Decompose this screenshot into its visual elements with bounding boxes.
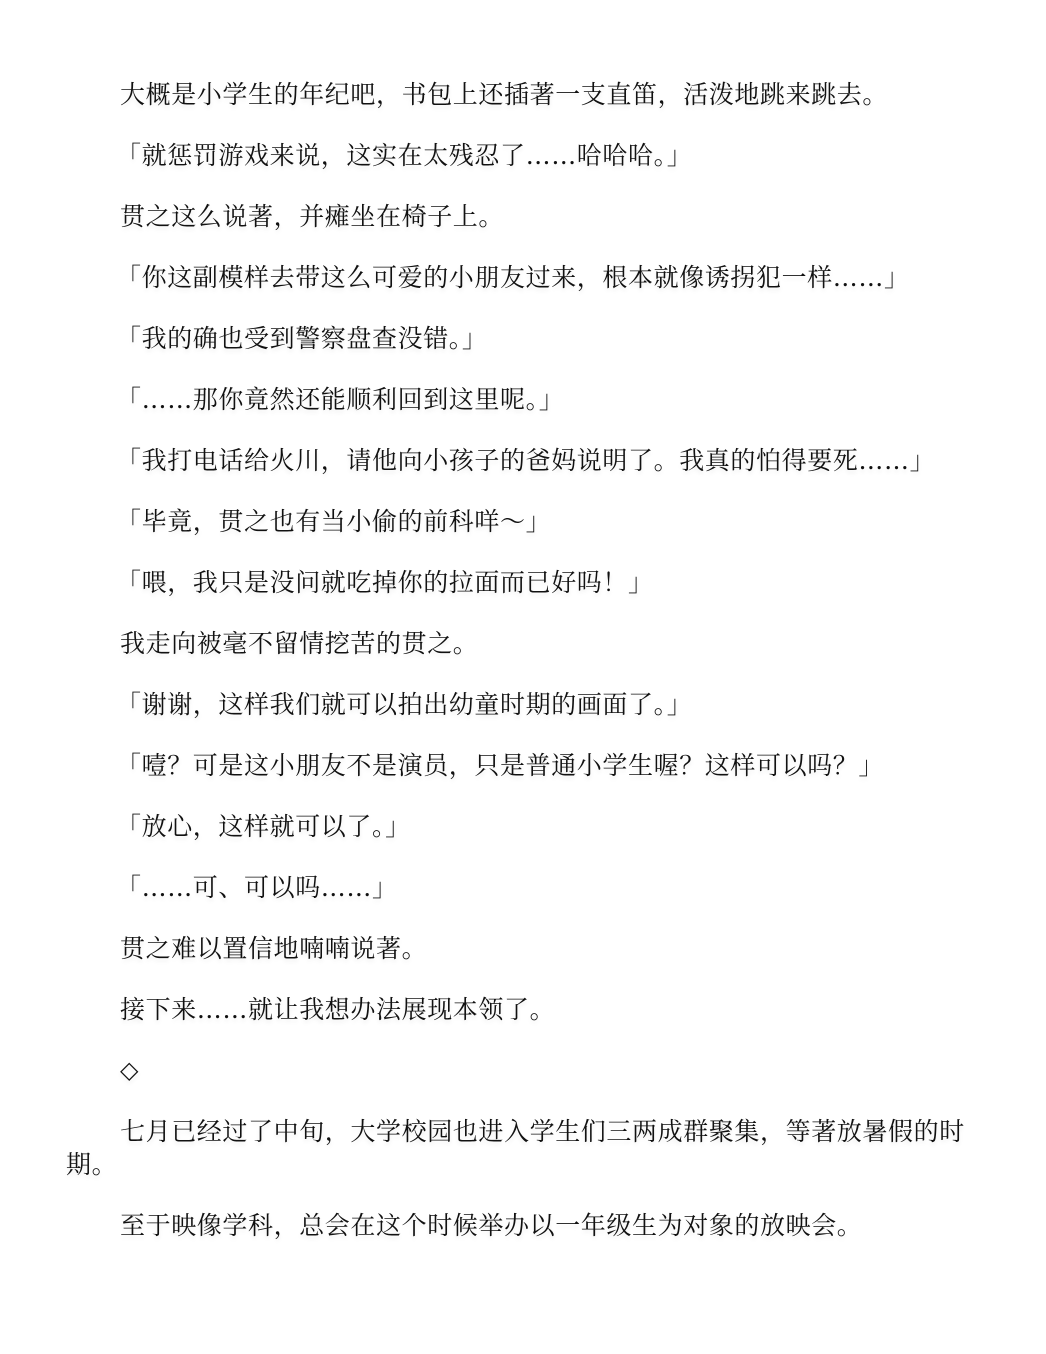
paragraph-narration: 至于映像学科，总会在这个时候举办以一年级生为对象的放映会。 (66, 1209, 978, 1242)
scene-break-diamond-icon: ◇ (66, 1054, 978, 1087)
paragraph-narration: 我走向被毫不留情挖苦的贯之。 (66, 627, 978, 660)
paragraph-narration: 大概是小学生的年纪吧，书包上还插著一支直笛，活泼地跳来跳去。 (66, 78, 978, 111)
paragraph-dialog: 「我打电话给火川，请他向小孩子的爸妈说明了。我真的怕得要死……」 (66, 444, 978, 477)
paragraph-narration: 接下来……就让我想办法展现本领了。 (66, 993, 978, 1026)
paragraph-dialog: 「喂，我只是没问就吃掉你的拉面而已好吗！」 (66, 566, 978, 599)
paragraph-narration: 贯之难以置信地喃喃说著。 (66, 932, 978, 965)
paragraph-narration: 七月已经过了中旬，大学校园也进入学生们三两成群聚集，等著放暑假的时期。 (66, 1115, 978, 1181)
paragraph-dialog: 「……那你竟然还能顺利回到这里呢。」 (66, 383, 978, 416)
paragraph-dialog: 「就惩罚游戏来说，这实在太残忍了……哈哈哈。」 (66, 139, 978, 172)
paragraph-dialog: 「噎？可是这小朋友不是演员，只是普通小学生喔？这样可以吗？」 (66, 749, 978, 782)
paragraph-dialog: 「放心，这样就可以了。」 (66, 810, 978, 843)
paragraph-dialog: 「……可、可以吗……」 (66, 871, 978, 904)
paragraph-dialog: 「谢谢，这样我们就可以拍出幼童时期的画面了。」 (66, 688, 978, 721)
paragraph-dialog: 「我的确也受到警察盘查没错。」 (66, 322, 978, 355)
document-page: 大概是小学生的年纪吧，书包上还插著一支直笛，活泼地跳来跳去。 「就惩罚游戏来说，… (66, 78, 978, 1270)
paragraph-dialog: 「毕竟，贯之也有当小偷的前科咩～」 (66, 505, 978, 538)
paragraph-dialog: 「你这副模样去带这么可爱的小朋友过来，根本就像诱拐犯一样……」 (66, 261, 978, 294)
paragraph-narration: 贯之这么说著，并瘫坐在椅子上。 (66, 200, 978, 233)
